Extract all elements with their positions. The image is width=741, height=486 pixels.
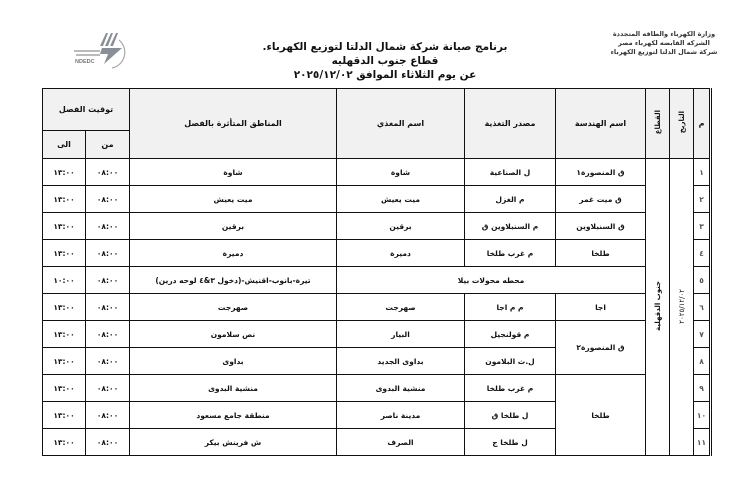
substation-cell: محطه محولات بيلا: [337, 267, 646, 294]
row-index: ٣: [694, 213, 711, 240]
areas-cell: دميرة: [130, 240, 337, 267]
row-index: ٩: [694, 375, 711, 402]
to-cell: ١٣:٠٠: [43, 375, 86, 402]
feeder-cell: بداوى الجديد: [337, 348, 465, 375]
lightning-logo-icon: NDEDC: [72, 30, 132, 72]
areas-cell: برقين: [130, 213, 337, 240]
to-cell: ١٣:٠٠: [43, 348, 86, 375]
row-index: ١٠: [694, 402, 711, 429]
from-cell: ٠٨:٠٠: [86, 213, 130, 240]
to-cell: ١٣:٠٠: [43, 186, 86, 213]
row-index: ٧: [694, 321, 711, 348]
from-cell: ٠٨:٠٠: [86, 186, 130, 213]
areas-cell: نص سلامون: [130, 321, 337, 348]
table-row: ٣ ق السنبلاوين م السنبلاوين ق برقين برقي…: [43, 213, 711, 240]
row-index: ٦: [694, 294, 711, 321]
from-cell: ٠٨:٠٠: [86, 294, 130, 321]
feeder-cell: البيار: [337, 321, 465, 348]
source-cell: م قولنجيل: [465, 321, 556, 348]
ministry-line: شركة شمال الدلتا لتوزيع الكهرباء: [598, 48, 730, 57]
table-row: ٢ ق ميت غمر م الغزل ميت يعيش ميت يعيش ٠٨…: [43, 186, 711, 213]
source-cell: م السنبلاوين ق: [465, 213, 556, 240]
feeder-cell: شاوة: [337, 159, 465, 186]
engineering-cell: ق السنبلاوين: [556, 213, 646, 240]
to-cell: ١٣:٠٠: [43, 213, 86, 240]
from-cell: ٠٨:٠٠: [86, 375, 130, 402]
title-line-2: عن يوم الثلاثاء الموافق ٢٠٢٥/١٢/٠٢: [250, 68, 520, 82]
to-cell: ١٣:٠٠: [43, 240, 86, 267]
areas-cell: منطقة جامع مسعود: [130, 402, 337, 429]
row-index: ٤: [694, 240, 711, 267]
areas-cell: بداوى: [130, 348, 337, 375]
feeder-cell: دميرة: [337, 240, 465, 267]
source-cell: م غرب طلخا: [465, 375, 556, 402]
areas-cell: صهرجت: [130, 294, 337, 321]
maintenance-schedule-table: م التاريخ القطاع اسم الهندسة مصدر التغذي…: [42, 88, 712, 456]
feeder-cell: منشية البدوى: [337, 375, 465, 402]
source-cell: ل الصناعية: [465, 159, 556, 186]
header-to: الى: [43, 131, 86, 159]
from-cell: ٠٨:٠٠: [86, 159, 130, 186]
table-row: ١ ٢٠٢٥/١٢/٠٢ جنوب الدقهلية ق المنصورة١ ل…: [43, 159, 711, 186]
sector-cell: جنوب الدقهلية: [646, 159, 670, 456]
areas-cell: ش فرينش بيكر: [130, 429, 337, 456]
table-row: ٦ اجا م م اجا صهرجت صهرجت ٠٨:٠٠ ١٣:٠٠: [43, 294, 711, 321]
to-cell: ١٣:٠٠: [43, 429, 86, 456]
from-cell: ٠٨:٠٠: [86, 402, 130, 429]
to-cell: ١٠:٠٠: [43, 267, 86, 294]
to-cell: ١٣:٠٠: [43, 402, 86, 429]
table-row: ٩ طلخا م غرب طلخا منشية البدوى منشية الب…: [43, 375, 711, 402]
source-cell: م الغزل: [465, 186, 556, 213]
from-cell: ٠٨:٠٠: [86, 321, 130, 348]
header-engineering: اسم الهندسة: [556, 89, 646, 159]
table-row: ٥ محطه محولات بيلا تيرة-بانوب-اقنيش-(دخو…: [43, 267, 711, 294]
row-index: ٥: [694, 267, 711, 294]
engineering-cell: ق المنصورة٢: [556, 321, 646, 375]
date-cell: ٢٠٢٥/١٢/٠٢: [670, 159, 694, 456]
header-from: من: [86, 131, 130, 159]
title-line-1: برنامج صيانة شركة شمال الدلتا لتوزيع الك…: [250, 40, 520, 68]
svg-text:NDEDC: NDEDC: [75, 59, 95, 65]
ministry-line: وزارة الكهرباء والطاقه المتجددة: [598, 30, 730, 39]
feeder-cell: الصرف: [337, 429, 465, 456]
engineering-cell: ق المنصورة١: [556, 159, 646, 186]
header-sector: القطاع: [646, 89, 670, 159]
engineering-cell: ق ميت غمر: [556, 186, 646, 213]
row-index: ١: [694, 159, 711, 186]
to-cell: ١٣:٠٠: [43, 321, 86, 348]
areas-cell: ميت يعيش: [130, 186, 337, 213]
to-cell: ١٣:٠٠: [43, 159, 86, 186]
areas-cell: شاوة: [130, 159, 337, 186]
header-index: م: [694, 89, 711, 159]
feeder-cell: برقين: [337, 213, 465, 240]
from-cell: ٠٨:٠٠: [86, 348, 130, 375]
table-row: ٤ طلخا م غرب طلخا دميرة دميرة ٠٨:٠٠ ١٣:٠…: [43, 240, 711, 267]
row-index: ٨: [694, 348, 711, 375]
source-cell: ل.ث البلامون: [465, 348, 556, 375]
header-time-group: توقيت الفصل: [43, 89, 130, 131]
page-title: برنامج صيانة شركة شمال الدلتا لتوزيع الك…: [250, 40, 520, 82]
engineering-cell: طلخا: [556, 375, 646, 456]
from-cell: ٠٨:٠٠: [86, 240, 130, 267]
header-areas: المناطق المتأثرة بالفصل: [130, 89, 337, 159]
row-index: ٢: [694, 186, 711, 213]
source-cell: م م اجا: [465, 294, 556, 321]
to-cell: ١٣:٠٠: [43, 294, 86, 321]
header-date: التاريخ: [670, 89, 694, 159]
source-cell: م غرب طلخا: [465, 240, 556, 267]
feeder-cell: ميت يعيش: [337, 186, 465, 213]
engineering-cell: طلخا: [556, 240, 646, 267]
table-row: ٧ ق المنصورة٢ م قولنجيل البيار نص سلامون…: [43, 321, 711, 348]
feeder-cell: مدينة ناصر: [337, 402, 465, 429]
engineering-cell: اجا: [556, 294, 646, 321]
ministry-line: الشركه القابضه لكهرباء مصر: [598, 39, 730, 48]
company-logo: NDEDC: [72, 30, 132, 72]
header-feeder: اسم المغذي: [337, 89, 465, 159]
feeder-cell: صهرجت: [337, 294, 465, 321]
from-cell: ٠٨:٠٠: [86, 429, 130, 456]
areas-cell: تيرة-بانوب-اقنيش-(دخول ٣&٤ لوحه درين): [130, 267, 337, 294]
ministry-header: وزارة الكهرباء والطاقه المتجددة الشركه ا…: [598, 30, 730, 57]
header-source: مصدر التغذية: [465, 89, 556, 159]
from-cell: ٠٨:٠٠: [86, 267, 130, 294]
areas-cell: منشية البدوى: [130, 375, 337, 402]
source-cell: ل طلخا ج: [465, 429, 556, 456]
header-row: م التاريخ القطاع اسم الهندسة مصدر التغذي…: [43, 89, 711, 131]
row-index: ١١: [694, 429, 711, 456]
source-cell: ل طلخا ق: [465, 402, 556, 429]
